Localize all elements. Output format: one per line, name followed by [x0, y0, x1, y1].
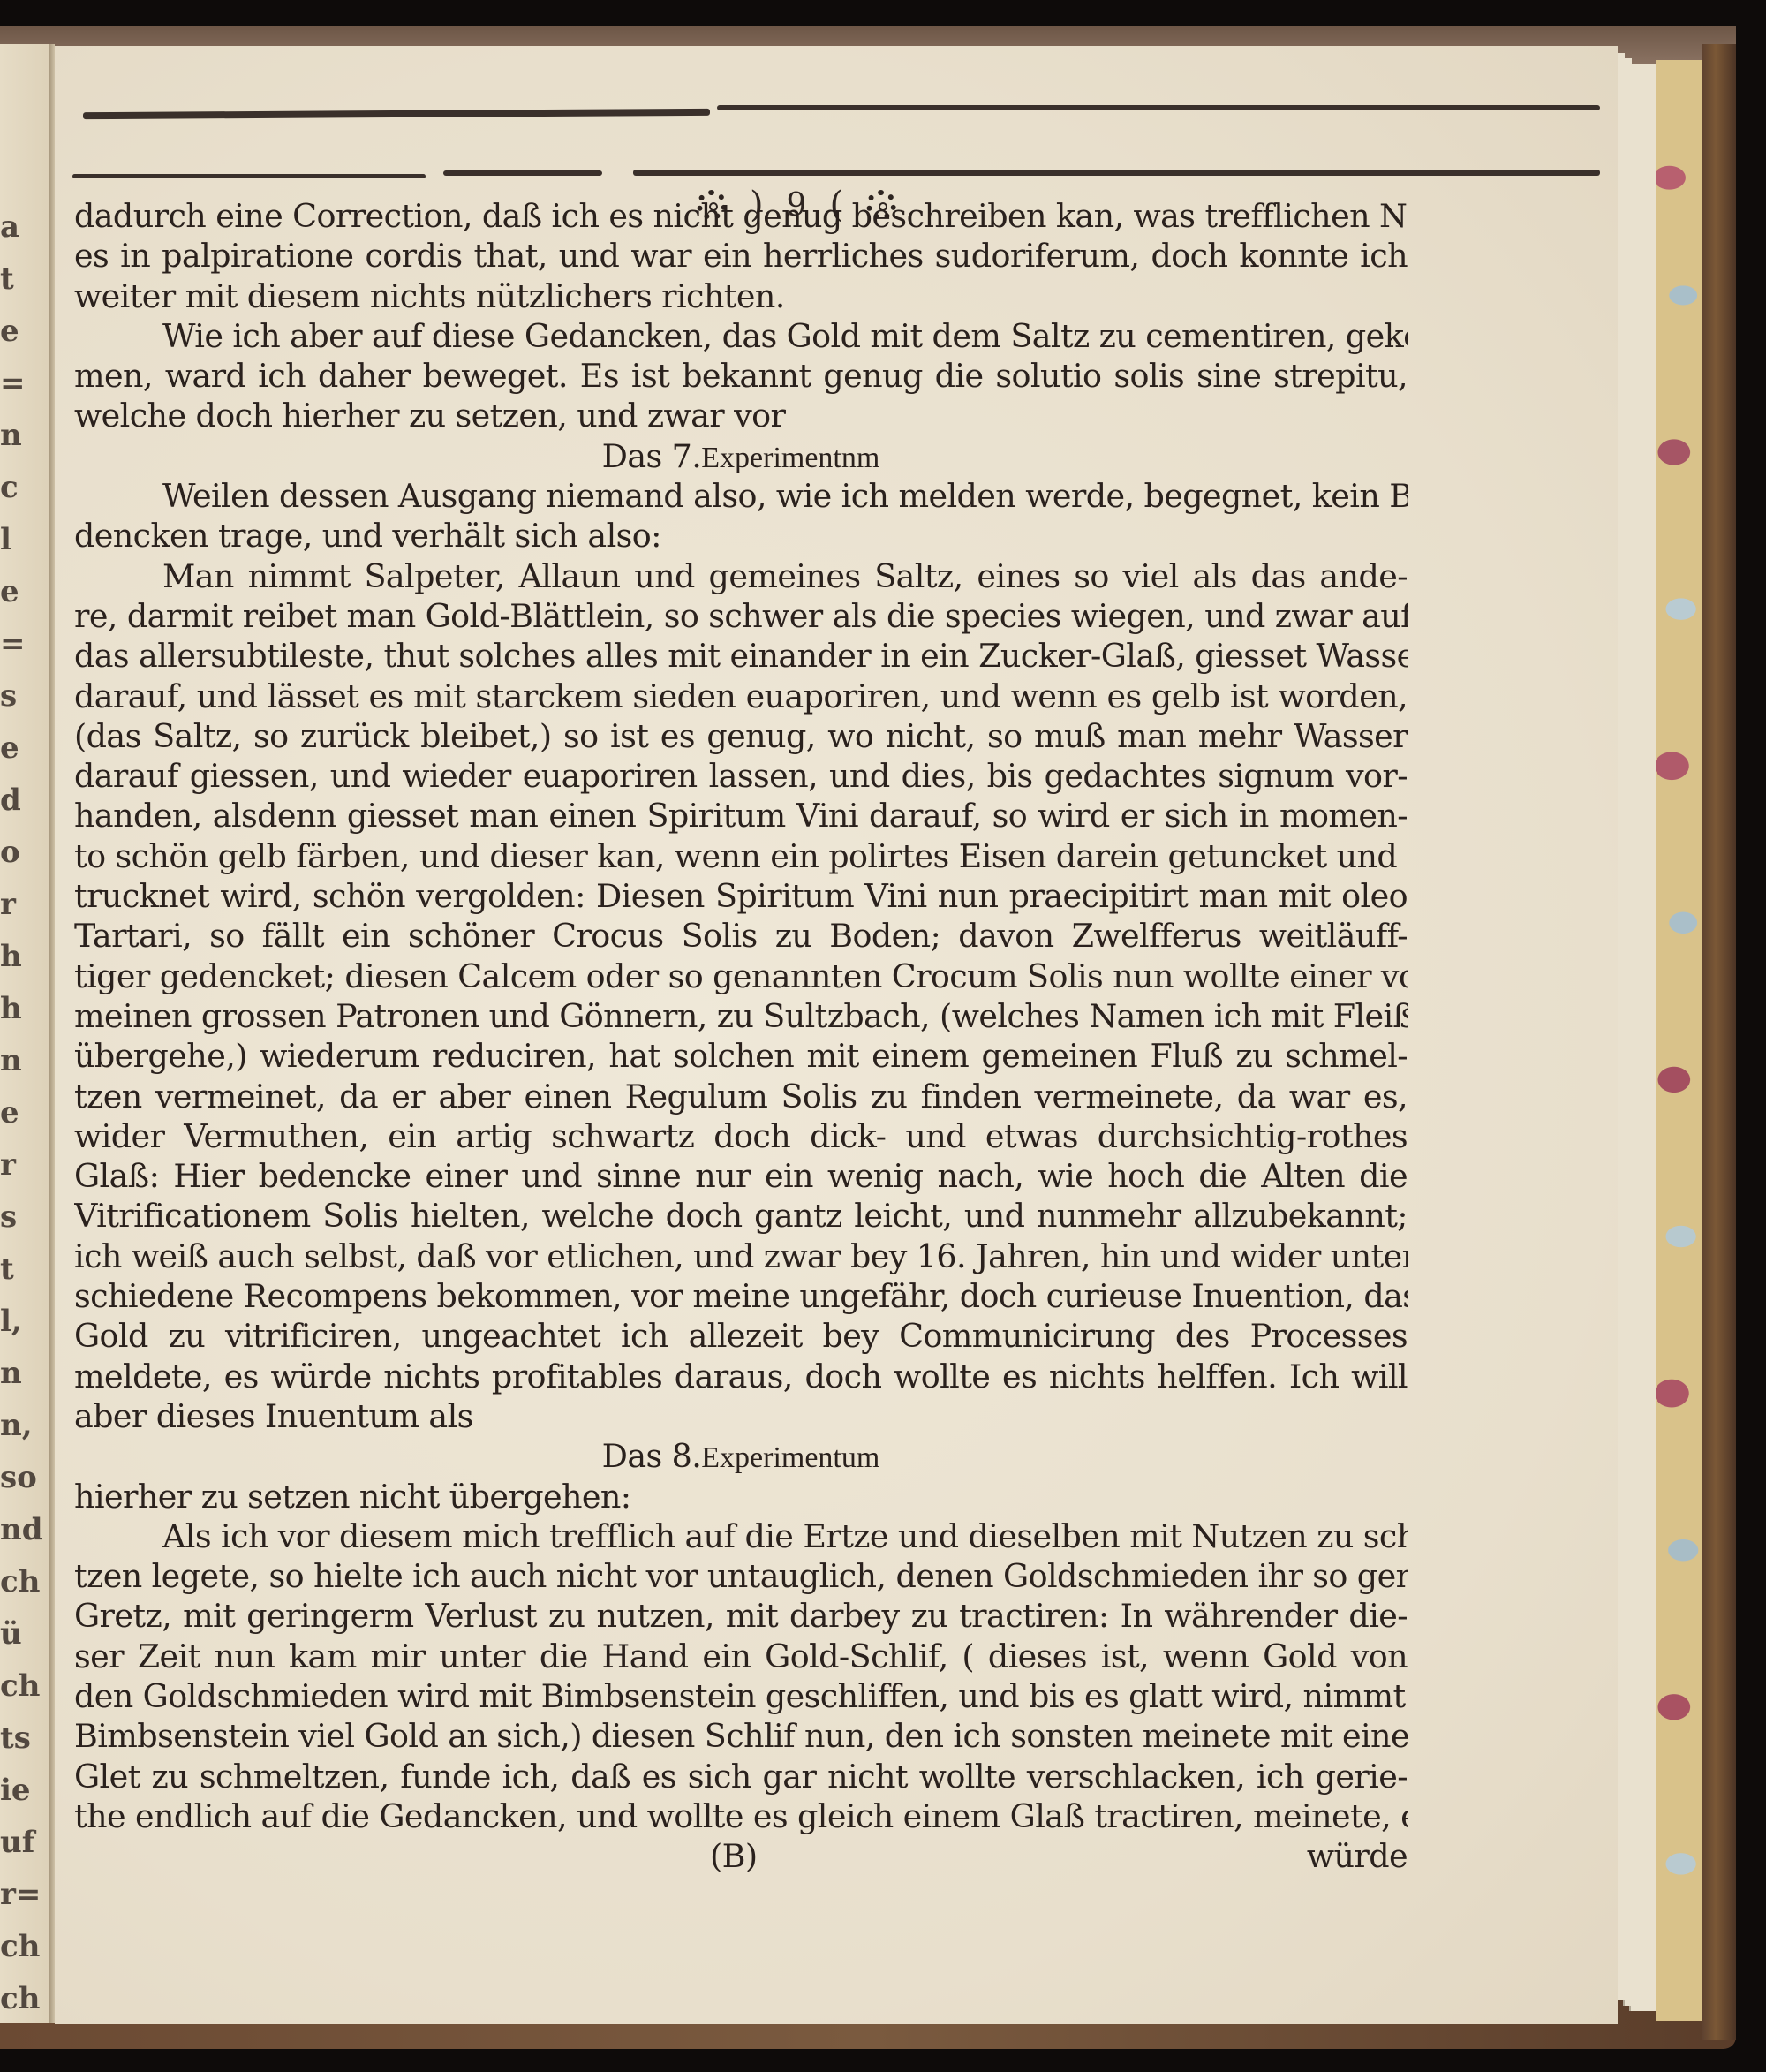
text-line: Wie ich aber auf diese Gedancken, das Go… [74, 316, 1408, 356]
heading-latin: Experimentnm [701, 442, 879, 474]
previous-page-text-fragment: n [0, 1046, 22, 1076]
previous-page-text-fragment: so [0, 1463, 37, 1493]
previous-page-text-fragment: l, [0, 1306, 22, 1336]
catchword: würde [1307, 1836, 1408, 1876]
text-line: hierher zu setzen nicht übergehen: [74, 1477, 1408, 1516]
text-line: to schön gelb färben, und dieser kan, we… [74, 836, 1408, 876]
previous-page-text-fragment: e [0, 1098, 19, 1128]
text-line: meinen grossen Patronen und Gönnern, zu … [74, 996, 1408, 1036]
section-heading: Das 7.Experimentnm [74, 436, 1408, 476]
text-line: das allersubtileste, thut solches alles … [74, 636, 1408, 676]
previous-page-text-fragment: o [0, 837, 20, 867]
text-line: (das Saltz, so zurück bleibet,) so ist e… [74, 716, 1408, 756]
heading-prefix: Das 7. [602, 437, 702, 475]
text-line: Man nimmt Salpeter, Allaun und gemeines … [74, 556, 1408, 596]
previous-page-text-fragment: a [0, 212, 19, 242]
text-line: dadurch eine Correction, daß ich es nich… [74, 196, 1408, 236]
previous-page-text-fragment: s [0, 1202, 17, 1232]
text-line: Gretz, mit geringerm Verlust zu nutzen, … [74, 1596, 1408, 1636]
previous-page-sliver: ate=ncle=sedorhhnerstl,nn,sondchüchtsieu… [0, 44, 53, 2023]
text-line: tzen vermeinet, da er aber einen Regulum… [74, 1077, 1408, 1116]
text-line: Tartari, so fällt ein schöner Crocus Sol… [74, 916, 1408, 956]
text-line: tzen legete, so hielte ich auch nicht vo… [74, 1556, 1408, 1596]
previous-page-text-fragment: = [0, 368, 26, 398]
text-line: darauf, und lässet es mit starckem siede… [74, 677, 1408, 716]
text-line: dencken trage, und verhält sich also: [74, 516, 1408, 556]
previous-page-text-fragment: e [0, 577, 19, 607]
text-line: ser Zeit nun kam mir unter die Hand ein … [74, 1637, 1408, 1676]
previous-page-text-fragment: h [0, 941, 22, 972]
signature-mark: (B) [710, 1836, 758, 1876]
text-line: darauf giessen, und wieder euaporiren la… [74, 756, 1408, 796]
text-line: welche doch hierher zu setzen, und zwar … [74, 396, 1408, 435]
text-line: the endlich auf die Gedancken, und wollt… [74, 1796, 1408, 1836]
header-rule-bottom-left [72, 174, 426, 178]
text-line: Vitrificationem Solis hielten, welche do… [74, 1196, 1408, 1236]
previous-page-text-fragment: ch [0, 1932, 40, 1962]
previous-page-text-fragment: r [0, 1150, 16, 1180]
previous-page-text-fragment: = [0, 629, 26, 659]
previous-page-text-fragment: ch [0, 1671, 40, 1701]
text-line: wider Vermuthen, ein artig schwartz doch… [74, 1116, 1408, 1156]
header-rule-top-left [83, 109, 710, 119]
previous-page-text-fragment: t [0, 264, 14, 294]
text-line: schiedene Recompens bekommen, vor meine … [74, 1276, 1408, 1316]
previous-page-text-fragment: l [0, 525, 11, 555]
text-line: weiter mit diesem nichts nützlichers ric… [74, 276, 1408, 316]
previous-page-text-fragment: n [0, 420, 22, 450]
previous-page-text-fragment: ie [0, 1775, 31, 1805]
previous-page-text-fragment: c [0, 473, 19, 503]
page: ) 9 ( dadurch eine Correction, daß ich e… [55, 46, 1618, 2024]
text-line: handen, alsdenn giesset man einen Spirit… [74, 796, 1408, 836]
text-line: aber dieses Inuentum als [74, 1396, 1408, 1436]
previous-page-text-fragment: r [0, 889, 16, 919]
previous-page-text-fragment: ts [0, 1723, 31, 1753]
page-edge-stack [1629, 64, 1656, 2011]
previous-page-text-fragment: h [0, 994, 22, 1024]
marbled-endpaper [1656, 60, 1702, 2021]
previous-page-text-fragment: e [0, 733, 19, 763]
text-line: meldete, es würde nichts profitables dar… [74, 1357, 1408, 1396]
text-line: trucknet wird, schön vergolden: Diesen S… [74, 876, 1408, 916]
previous-page-text-fragment: ch [0, 1984, 40, 2014]
header-rule-bottom-right [633, 170, 1600, 176]
text-line: Weilen dessen Ausgang niemand also, wie … [74, 476, 1408, 516]
previous-page-text-fragment: nd [0, 1515, 43, 1545]
previous-page-text-fragment: r= [0, 1879, 41, 1909]
text-line: Glet zu schmeltzen, funde ich, daß es si… [74, 1757, 1408, 1796]
previous-page-text-fragment: ch [0, 1567, 40, 1597]
previous-page-text-fragment: n, [0, 1410, 33, 1441]
text-line: Glaß: Hier bedencke einer und sinne nur … [74, 1156, 1408, 1196]
header-rule-bottom-mid [443, 170, 602, 176]
text-line: übergehe,) wiederum reduciren, hat solch… [74, 1036, 1408, 1076]
previous-page-text-fragment: n [0, 1358, 22, 1388]
section-heading: Das 8.Experimentum [74, 1436, 1408, 1476]
text-line: ich weiß auch selbst, daß vor etlichen, … [74, 1236, 1408, 1276]
cover-right-edge [1702, 44, 1736, 2040]
previous-page-text-fragment: t [0, 1254, 14, 1284]
text-line: Als ich vor diesem mich trefflich auf di… [74, 1516, 1408, 1556]
body-text: dadurch eine Correction, daß ich es nich… [74, 196, 1408, 1880]
text-line: den Goldschmieden wird mit Bimbsenstein … [74, 1676, 1408, 1716]
text-line: re, darmit reibet man Gold-Blättlein, so… [74, 596, 1408, 636]
page-footer: (B)würde [74, 1836, 1408, 1880]
header-rule-top-right [717, 105, 1600, 110]
heading-latin: Experimentum [701, 1441, 879, 1474]
heading-prefix: Das 8. [602, 1437, 702, 1475]
previous-page-text-fragment: ü [0, 1619, 22, 1649]
text-line: es in palpiratione cordis that, und war … [74, 236, 1408, 276]
previous-page-text-fragment: uf [0, 1827, 34, 1857]
text-line: Gold zu vitrificiren, ungeachtet ich all… [74, 1316, 1408, 1356]
text-line: Bimbsenstein viel Gold an sich,) diesen … [74, 1716, 1408, 1756]
previous-page-text-fragment: e [0, 316, 19, 346]
text-line: men, ward ich daher beweget. Es ist beka… [74, 356, 1408, 396]
text-line: tiger gedencket; diesen Calcem oder so g… [74, 957, 1408, 996]
previous-page-text-fragment: s [0, 681, 17, 711]
previous-page-text-fragment: d [0, 785, 21, 815]
